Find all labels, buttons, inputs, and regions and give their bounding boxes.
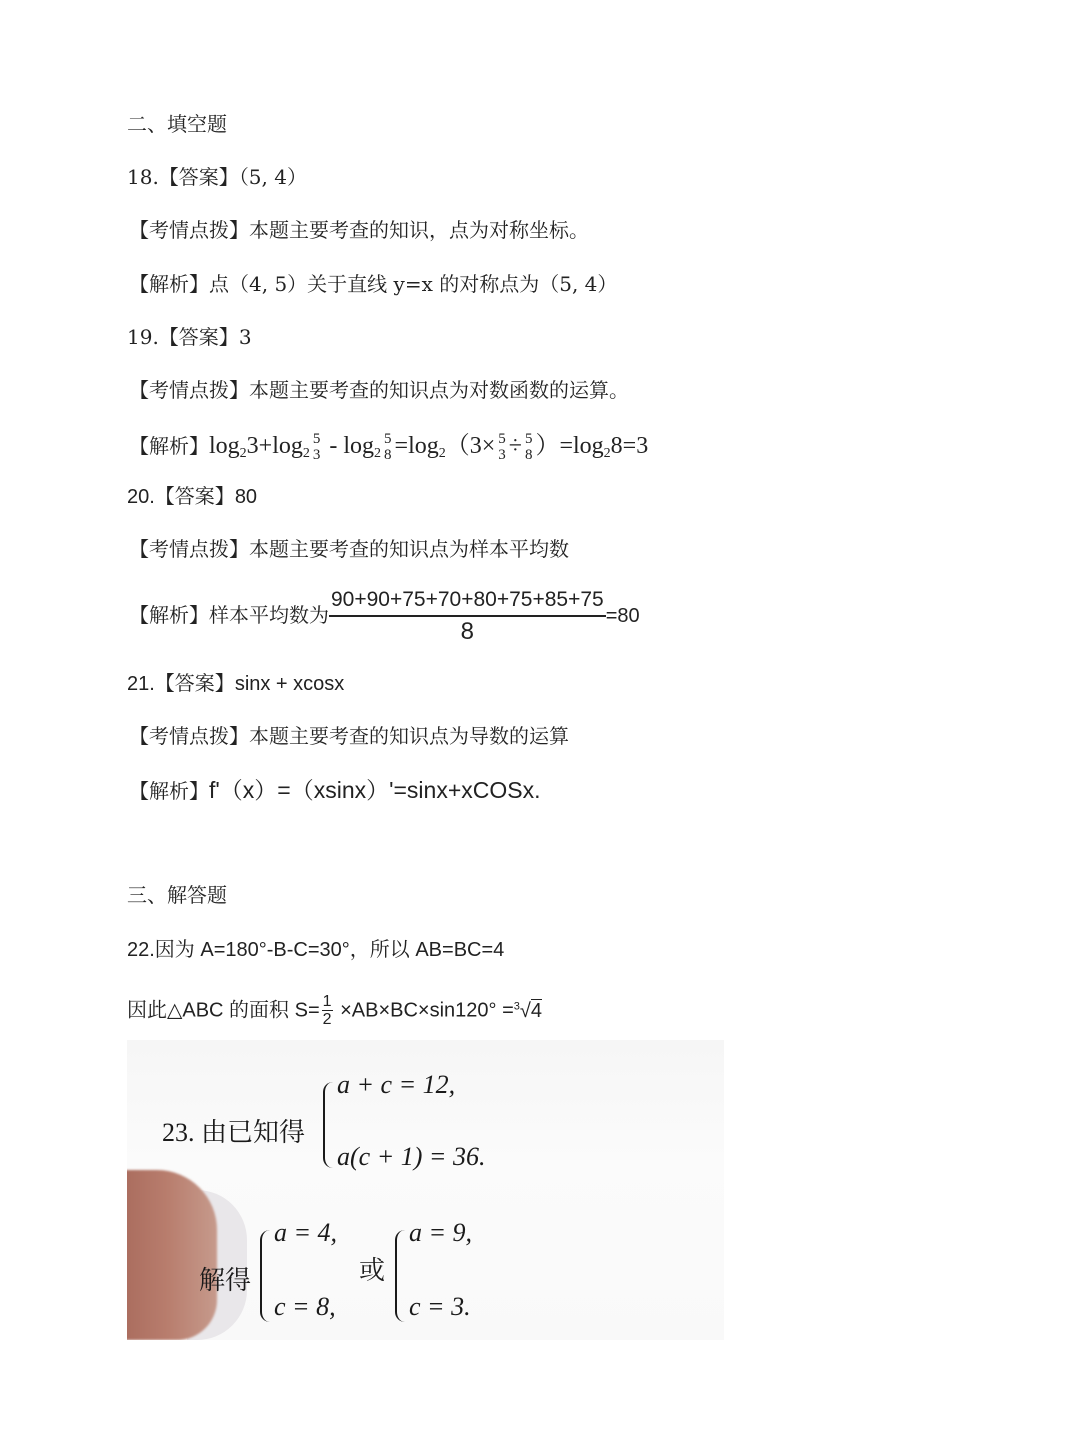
q23-eq2: a(c + 1) = 36. bbox=[337, 1142, 485, 1172]
q19-answer: 19.【答案】3 bbox=[127, 323, 252, 351]
q20-hint: 【考情点拨】本题主要考查的知识点为样本平均数 bbox=[129, 536, 569, 564]
q18-analysis: 【解析】点（4, 5）关于直线 y=x 的对称点为（5, 4） bbox=[129, 270, 617, 298]
q20-answer: 20.【答案】80 bbox=[127, 483, 257, 511]
half-fraction: 12 bbox=[322, 994, 333, 1028]
q21-analysis: 【解析】f'（x）=（xsinx）'=sinx+xCOSx. bbox=[129, 776, 541, 806]
q20-result: =80 bbox=[606, 605, 640, 627]
q20-analysis-text: 样本平均数为 bbox=[209, 605, 329, 627]
q20-answer-label: 20.【答案】 bbox=[127, 486, 235, 508]
q19-hint-label: 【考情点拨】 bbox=[129, 378, 249, 402]
mean-fraction: 90+90+75+70+80+75+85+758 bbox=[329, 587, 606, 647]
fraction: 53 bbox=[312, 432, 322, 463]
q19-analysis-label: 【解析】 bbox=[129, 434, 209, 458]
q21-answer-value: sinx + xcosx bbox=[235, 673, 344, 695]
q23-sol1-a: a = 4, bbox=[274, 1218, 337, 1248]
q23-solve-label: 解得 bbox=[199, 1260, 251, 1297]
pixelated-finger bbox=[127, 1170, 217, 1340]
q20-analysis-label: 【解析】 bbox=[129, 605, 209, 627]
q21-hint-text: 本题主要考查的知识点为导数的运算 bbox=[249, 726, 569, 748]
q18-answer-label: 18.【答案】 bbox=[127, 165, 239, 189]
q18-hint-text: 本题主要考查的知识，点为对称坐标。 bbox=[249, 218, 589, 242]
q20-hint-label: 【考情点拨】 bbox=[129, 539, 249, 561]
q18-analysis-text: 点（4, 5）关于直线 y=x 的对称点为（5, 4） bbox=[209, 272, 617, 296]
q23-sol2-c: c = 3. bbox=[409, 1292, 471, 1322]
q23-intro: 23. 由已知得 bbox=[162, 1112, 305, 1149]
q20-answer-value: 80 bbox=[235, 486, 257, 508]
q22-line2: 因此△ABC 的面积 S=12 ×AB×BC×sin120° =3√4 bbox=[127, 984, 542, 1033]
fraction: 58 bbox=[524, 432, 534, 463]
q21-analysis-text: f'（x）=（xsinx）'=sinx+xCOSx. bbox=[209, 777, 541, 803]
q19-answer-label: 19.【答案】 bbox=[127, 325, 239, 349]
q18-hint-label: 【考情点拨】 bbox=[129, 218, 249, 242]
q18-hint: 【考情点拨】本题主要考查的知识，点为对称坐标。 bbox=[129, 216, 589, 244]
q23-or-label: 或 bbox=[359, 1250, 385, 1287]
q21-hint-label: 【考情点拨】 bbox=[129, 726, 249, 748]
fraction: 58 bbox=[383, 432, 393, 463]
q20-analysis: 【解析】样本平均数为90+90+75+70+80+75+85+758=80 bbox=[129, 586, 640, 647]
q23-photo: 23. 由已知得 a + c = 12, a(c + 1) = 36. 解得 a… bbox=[127, 1040, 724, 1340]
q22-line1: 22.因为 A=180°-B-C=30°，所以 AB=BC=4 bbox=[127, 936, 504, 964]
q21-answer: 21.【答案】sinx + xcosx bbox=[127, 670, 344, 698]
q21-hint: 【考情点拨】本题主要考查的知识点为导数的运算 bbox=[129, 723, 569, 751]
q21-analysis-label: 【解析】 bbox=[129, 781, 209, 803]
q19-analysis: 【解析】log23+log253 - log258=log2（3×53÷58）=… bbox=[129, 426, 648, 474]
q23-eq1: a + c = 12, bbox=[337, 1070, 455, 1100]
section-title-solve: 三、解答题 bbox=[127, 882, 227, 910]
q19-hint-text: 本题主要考查的知识点为对数函数的运算。 bbox=[249, 378, 629, 402]
q20-hint-text: 本题主要考查的知识点为样本平均数 bbox=[249, 539, 569, 561]
q21-answer-label: 21.【答案】 bbox=[127, 673, 235, 695]
q18-answer: 18.【答案】（5, 4） bbox=[127, 163, 307, 191]
q19-formula: log23+log253 - log258=log2（3×53÷58）=log2… bbox=[209, 433, 648, 459]
q23-sol2-a: a = 9, bbox=[409, 1218, 472, 1248]
fraction: 53 bbox=[497, 432, 507, 463]
q19-answer-value: 3 bbox=[239, 325, 252, 349]
q19-hint: 【考情点拨】本题主要考查的知识点为对数函数的运算。 bbox=[129, 376, 629, 404]
q23-sol1-c: c = 8, bbox=[274, 1292, 336, 1322]
q18-answer-value: （5, 4） bbox=[239, 165, 307, 189]
section-title-fill-in: 二、填空题 bbox=[127, 110, 227, 138]
q18-analysis-label: 【解析】 bbox=[129, 272, 209, 296]
cube-root: 3√4 bbox=[514, 1000, 542, 1022]
